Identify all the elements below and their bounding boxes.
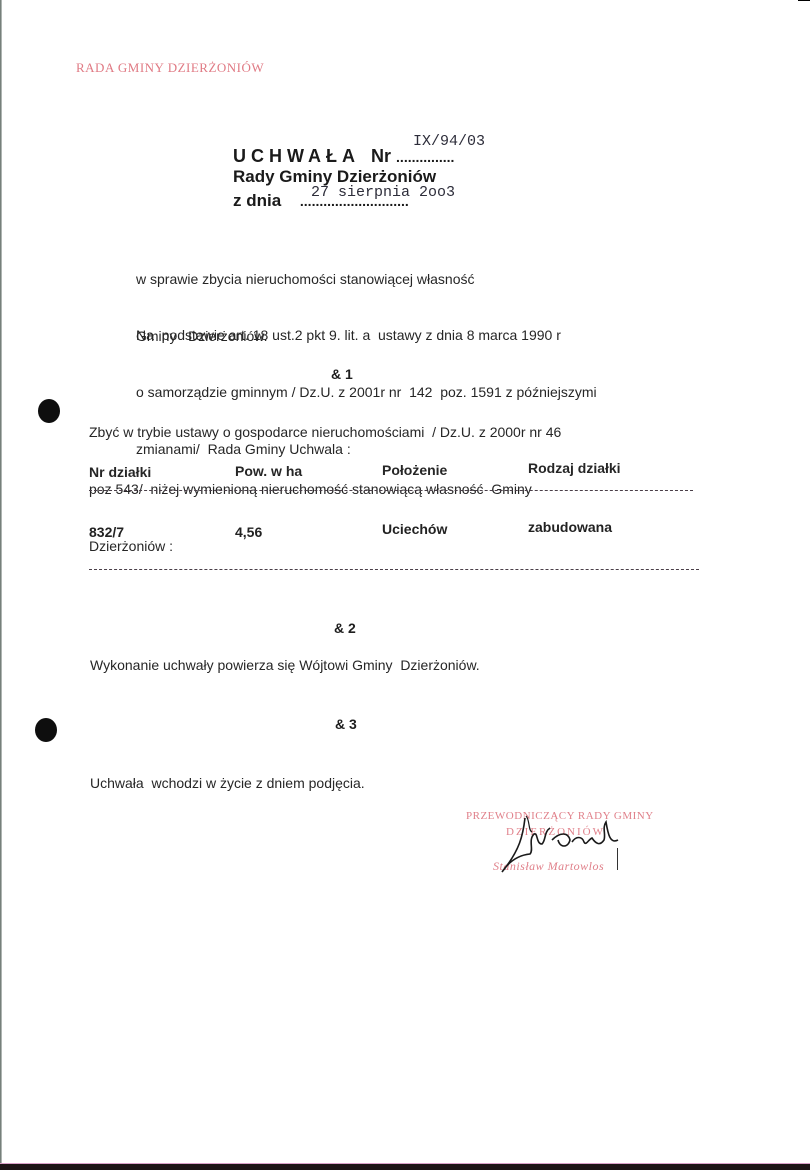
scan-bottom-edge — [0, 1163, 810, 1170]
nr-label: Nr — [371, 146, 391, 166]
cell-plot-type: zabudowana — [528, 519, 612, 535]
col-header-location: Położenie — [382, 462, 447, 478]
cell-location: Uciechów — [382, 521, 447, 537]
section-2-heading: & 2 — [334, 620, 356, 636]
resolution-number: IX/94/03 — [413, 133, 485, 150]
section-3-heading: & 3 — [335, 716, 357, 732]
basis-line: Na podstawie art. 18 ust.2 pkt 9. lit. a… — [136, 326, 597, 345]
col-header-area: Pow. w ha — [235, 463, 302, 479]
nr-dots: ............... — [396, 149, 454, 165]
subject-line: w sprawie zbycia nieruchomości stanowiąc… — [136, 270, 474, 289]
punch-hole-icon — [35, 718, 57, 742]
section-1-line: Zbyć w trybie ustawy o gospodarce nieruc… — [89, 423, 561, 442]
cell-plot-number: 832/7 — [89, 524, 124, 540]
table-divider — [89, 569, 699, 570]
scan-corner-mark — [798, 0, 810, 1]
cell-area: 4,56 — [235, 524, 262, 540]
col-header-plot-type: Rodzaj działki — [528, 460, 621, 476]
title-word: UCHWAŁA — [233, 146, 360, 166]
section-2-text: Wykonanie uchwały powierza się Wójtowi G… — [90, 656, 480, 675]
section-1-heading: & 1 — [331, 366, 353, 382]
section-1-text: Zbyć w trybie ustawy o gospodarce nieruc… — [89, 385, 561, 575]
col-header-plot-number: Nr działki — [89, 464, 151, 480]
letterhead-stamp: RADA GMINY DZIERŻONIÓW — [76, 60, 264, 76]
handwritten-signature-icon — [490, 810, 630, 880]
date-label: z dnia — [233, 191, 281, 210]
section-1-line: Dzierżoniów : — [89, 537, 561, 556]
table-divider — [89, 490, 693, 491]
resolution-date: 27 sierpnia 2oo3 — [311, 184, 455, 201]
section-3-text: Uchwała wchodzi w życie z dniem podjęcia… — [90, 774, 365, 793]
scan-left-edge — [0, 0, 2, 1164]
punch-hole-icon — [38, 399, 60, 423]
